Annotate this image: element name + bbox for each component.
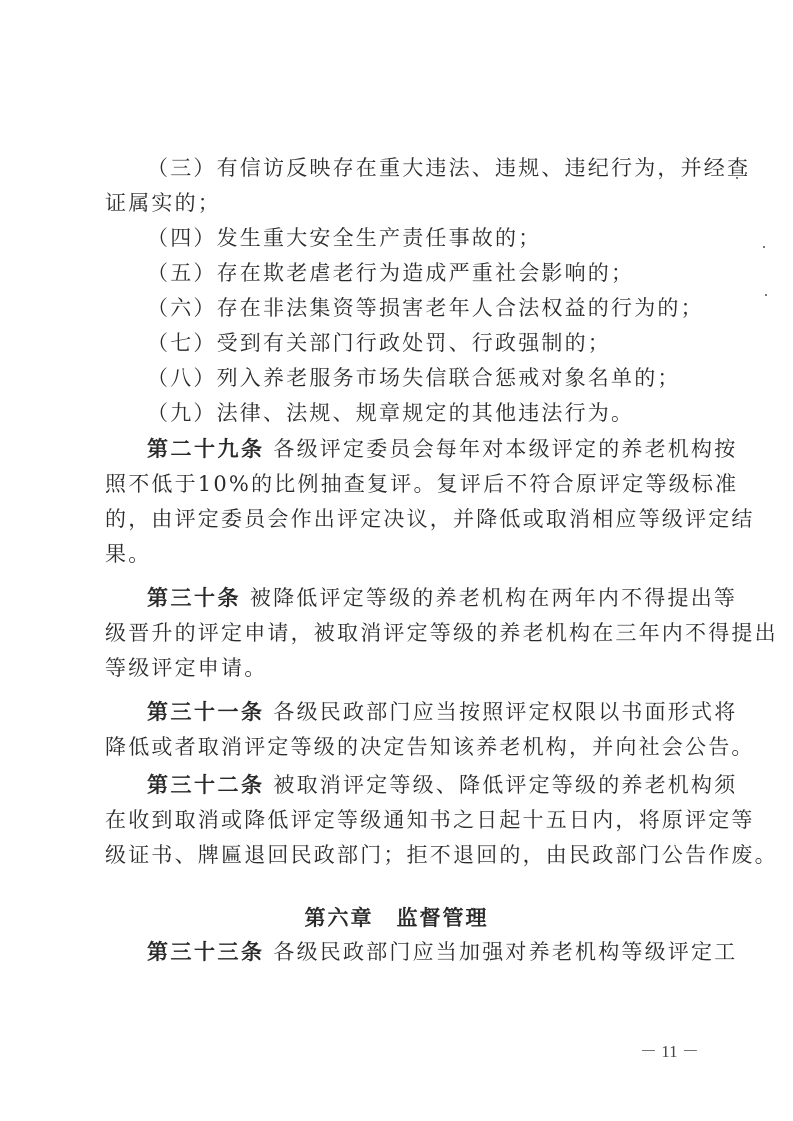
clause-6: （六）存在非法集资等损害老年人合法权益的行为的； bbox=[147, 293, 747, 323]
article-30-line-2: 级晋升的评定申请，被取消评定等级的养老机构在三年内不得提出 bbox=[105, 618, 705, 648]
clause-3-line-2: 证属实的； bbox=[105, 188, 705, 218]
article-29-line-4: 果。 bbox=[105, 539, 705, 569]
article-31-first-line: 第三十一条 各级民政部门应当按照评定权限以书面形式将 bbox=[147, 697, 747, 727]
article-30-first-line: 第三十条 被降低评定等级的养老机构在两年内不得提出等 bbox=[147, 583, 747, 613]
clause-7: （七）受到有关部门行政处罚、行政强制的； bbox=[147, 328, 747, 358]
article-29-heading: 第二十九条 bbox=[147, 437, 265, 461]
article-32-line-2: 在收到取消或降低评定等级通知书之日起十五日内，将原评定等 bbox=[105, 805, 705, 835]
chapter-heading: 第六章 监督管理 bbox=[0, 902, 793, 932]
clause-5: （五）存在欺老虐老行为造成严重社会影响的； bbox=[147, 258, 747, 288]
article-32-first-line: 第三十二条 被取消评定等级、降低评定等级的养老机构须 bbox=[147, 770, 747, 800]
article-33-heading: 第三十三条 bbox=[147, 940, 265, 964]
clause-3-line-1: （三）有信访反映存在重大违法、违规、违纪行为，并经查 bbox=[147, 153, 747, 183]
article-31-line-2: 降低或者取消评定等级的决定告知该养老机构，并向社会公告。 bbox=[105, 732, 705, 762]
article-31-heading: 第三十一条 bbox=[147, 700, 265, 724]
article-29-first-line: 第二十九条 各级评定委员会每年对本级评定的养老机构按 bbox=[147, 434, 747, 464]
article-29-text: 各级评定委员会每年对本级评定的养老机构按 bbox=[273, 437, 737, 461]
document-page: （三）有信访反映存在重大违法、违规、违纪行为，并经查 证属实的； （四）发生重大… bbox=[0, 0, 793, 1121]
article-29-line-3: 的，由评定委员会作出评定决议，并降低或取消相应等级评定结 bbox=[105, 504, 705, 534]
article-33-first-line: 第三十三条 各级民政部门应当加强对养老机构等级评定工 bbox=[147, 937, 747, 967]
article-31-text: 各级民政部门应当按照评定权限以书面形式将 bbox=[273, 700, 737, 724]
clause-9: （九）法律、法规、规章规定的其他违法行为。 bbox=[147, 398, 747, 428]
article-32-heading: 第三十二条 bbox=[147, 773, 265, 797]
clause-8: （八）列入养老服务市场失信联合惩戒对象名单的； bbox=[147, 363, 747, 393]
page-number: － 11 － bbox=[640, 1037, 699, 1062]
article-32-line-3: 级证书、牌匾退回民政部门；拒不退回的，由民政部门公告作废。 bbox=[105, 840, 705, 870]
article-30-line-3: 等级评定申请。 bbox=[105, 653, 705, 683]
article-33-text: 各级民政部门应当加强对养老机构等级评定工 bbox=[273, 940, 737, 964]
article-32-text: 被取消评定等级、降低评定等级的养老机构须 bbox=[273, 773, 737, 797]
article-30-text: 被降低评定等级的养老机构在两年内不得提出等 bbox=[250, 586, 737, 610]
scan-speck bbox=[763, 246, 765, 248]
clause-4: （四）发生重大安全生产责任事故的； bbox=[147, 223, 747, 253]
scan-speck bbox=[736, 177, 738, 179]
article-29-line-2: 照不低于10%的比例抽查复评。复评后不符合原评定等级标准 bbox=[105, 469, 705, 499]
scan-speck bbox=[765, 294, 767, 296]
article-30-heading: 第三十条 bbox=[147, 586, 241, 610]
scan-speck bbox=[745, 172, 747, 174]
